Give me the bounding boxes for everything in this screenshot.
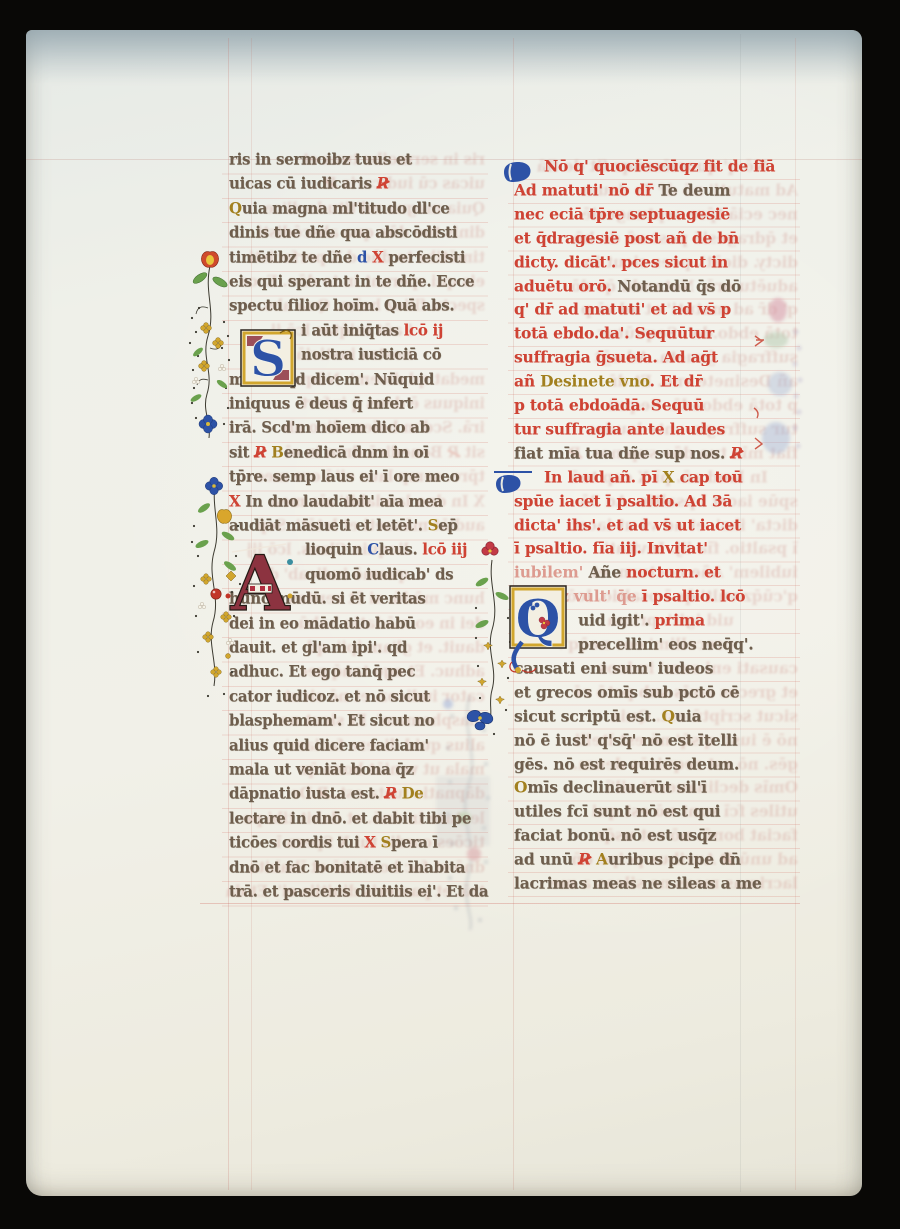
text-segment: Te deum <box>658 180 730 200</box>
text-line: faciat bonū. nō est usq̄z <box>514 827 716 843</box>
text-line: i aūt iniq̄tas lcō ij <box>301 323 443 339</box>
text-segment: uid igit'. <box>578 610 655 630</box>
text-segment: fiat mīa tua dñe sup nos. <box>514 443 730 463</box>
text-segment: iubilem' <box>514 562 588 582</box>
text-segment: suffragia ḡsueta. Ad aḡt <box>514 347 718 367</box>
text-segment: Q <box>229 199 242 218</box>
initial-letter-S: S <box>250 329 286 388</box>
text-line: suffragia ḡsueta. Ad aḡt <box>514 349 718 365</box>
text-segment: R <box>254 443 266 462</box>
text-segment: ticōes cordis tui <box>229 833 364 852</box>
text-line: ticōes cordis tui X Spera ī <box>229 835 438 851</box>
text-segment: trā. et pasceris diuitiis ei'. Et da <box>229 882 488 901</box>
text-line: añ Desinete vno. Et dr̄ <box>514 373 702 389</box>
text-segment: nec eciā tp̄re septuagesiē <box>514 204 730 224</box>
text-segment: p totā ebdoādā. Sequū <box>514 395 704 415</box>
text-segment: R <box>578 849 591 869</box>
text-line: audiāt māsueti et letēt'. Sep̄ <box>229 518 458 534</box>
text-line: spectu filioz hoīm. Quā abs. <box>229 298 454 314</box>
text-segment: ris in sermoibz tuus et <box>229 150 412 169</box>
text-segment: nostra iusticiā cō <box>301 345 441 364</box>
text-line: timētibz te dñe d X perfecisti <box>229 250 465 266</box>
text-line: Omīs declinauerūt sil'ī <box>514 779 707 795</box>
text-segment: tur suffragia ante laudes <box>514 419 725 439</box>
text-segment: lioquin <box>305 540 367 559</box>
text-column-left: ris in sermoibz tuus etuicas cū iudicari… <box>229 152 485 912</box>
text-segment: De <box>402 784 424 803</box>
text-segment: precellim' eos neq̄q'. <box>578 634 753 654</box>
text-segment: añ <box>514 371 540 391</box>
text-segment: X <box>367 248 388 267</box>
text-segment: gēs. nō est requirēs deum. <box>514 753 739 773</box>
text-segment: uribus pcipe dn̄ <box>608 849 741 869</box>
text-line: nō ē iust' q'sq̄' nō est ītelli <box>514 732 737 748</box>
text-segment: lectare in dnō. et dabit tibi pe <box>229 809 471 828</box>
text-segment: enedicā dnm in oī <box>284 443 429 462</box>
text-line: sicut scriptū est. Quia <box>514 708 701 724</box>
paraph-mark-blue-2 <box>492 468 534 496</box>
text-segment: cator iudicoz. et nō sicut <box>229 687 430 706</box>
paraph-mark-blue-1 <box>502 160 532 184</box>
text-line: alius quid dicere faciam' <box>229 738 429 754</box>
text-segment: Desinete vno <box>540 371 649 391</box>
text-segment: mala ut veniāt bona q̄z <box>229 760 414 779</box>
text-segment: alius quid dicere faciam' <box>229 736 429 755</box>
text-segment: dicta' ihs'. et ad vs̄ ut iacet <box>514 514 741 534</box>
illuminated-initial-S: S <box>236 327 298 389</box>
text-line: fiat mīa tua dñe sup nos. R <box>514 445 743 461</box>
text-segment: X <box>663 467 680 487</box>
text-line: et q̄dragesiē post añ de bn̄ <box>514 230 739 246</box>
text-line: iniquus ē deus q̄ infert <box>229 396 413 412</box>
text-line: dinis tue dñe qua abscōdisti <box>229 225 457 241</box>
text-line: dāpnatio iusta est. R De <box>229 786 424 802</box>
text-line: irā. Scd'm hoīem dico ab <box>229 420 430 436</box>
text-segment: Ad matuti' nō dr̄ <box>514 180 658 200</box>
text-segment: audiāt māsueti et letēt'. <box>229 516 428 535</box>
text-segment: ep̄ <box>438 516 457 535</box>
text-segment: laus. <box>379 540 422 559</box>
text-segment: perfecisti <box>388 248 465 267</box>
text-segment: S <box>428 516 439 535</box>
text-line: lioquin Claus. lcō iij <box>305 542 467 558</box>
text-segment: R <box>377 174 389 193</box>
initial-letter-A: A <box>230 539 291 628</box>
text-line: dicta' ihs'. et ad vs̄ ut iacet <box>514 517 741 533</box>
text-segment: utiles fcī sunt nō est qui <box>514 801 720 821</box>
text-segment: In laud añ. pī <box>544 467 663 487</box>
text-segment: dauit. et gl'am ipi'. qd <box>229 638 407 657</box>
text-segment: nō ē iust' q'sq̄' nō est ītelli <box>514 730 737 750</box>
text-line: utiles fcī sunt nō est qui <box>514 803 720 819</box>
illuminated-initial-A: A <box>220 536 298 628</box>
text-line: nostra iusticiā cō <box>301 347 441 363</box>
text-segment: A <box>596 849 608 869</box>
text-line: cator iudicoz. et nō sicut <box>229 689 430 705</box>
text-segment: uia magna ml'titudo dl'ce <box>242 199 450 218</box>
text-line: eis qui sperant in te dñe. Ecce <box>229 274 474 290</box>
text-line: totā ebdo.da'. Sequūtur <box>514 325 714 341</box>
text-segment: Nō q' quociēscūqz fit de fiā <box>544 156 775 176</box>
text-line: Quia magna ml'titudo dl'ce <box>229 201 450 217</box>
text-line: blasphemam'. Et sicut no <box>229 713 434 729</box>
text-segment: i aūt iniq̄tas <box>301 321 404 340</box>
text-line: dauit. et gl'am ipi'. qd <box>229 640 407 656</box>
text-line: lectare in dnō. et dabit tibi pe <box>229 811 471 827</box>
text-segment: et q̄dragesiē post añ de bn̄ <box>514 228 739 248</box>
text-segment: mīs declinauerūt sil'ī <box>527 777 707 797</box>
text-segment: blasphemam'. Et sicut no <box>229 711 434 730</box>
text-segment: prima <box>655 610 705 630</box>
text-line: quomō iudicab' ds <box>305 567 453 583</box>
leaf-top-shadow <box>26 30 862 84</box>
text-segment: ī psaltio. fīa iij. Invitat' <box>514 538 708 558</box>
text-line: aduētu orō. Notandū q̄s dō <box>514 278 741 294</box>
text-line: uid igit'. prima <box>578 612 705 628</box>
text-segment: dicty. dicāt'. pces sicut in <box>514 252 728 272</box>
illuminated-initial-Q: Q <box>506 584 570 674</box>
text-line: tp̄re. semp laus ei' ī ore meo <box>229 469 459 485</box>
text-segment: lcō ij <box>404 321 443 340</box>
text-segment: spūe iacet ī psaltio. Ad 3ā <box>514 491 732 511</box>
text-line: q' dr̄ ad matuti' et ad vs̄ p <box>514 301 731 317</box>
text-segment: d <box>357 248 367 267</box>
text-line: nec eciā tp̄re septuagesiē <box>514 206 730 222</box>
text-segment: Q <box>662 706 675 726</box>
text-segment: C <box>367 540 379 559</box>
text-segment: totā ebdo.da'. Sequūtur <box>514 323 714 343</box>
text-line: dnō et fac bonitatē et īhabita <box>229 860 465 876</box>
text-segment: Añe <box>588 562 621 582</box>
text-line: ris in sermoibz tuus et <box>229 152 412 168</box>
text-segment: S <box>381 833 392 852</box>
text-line: spūe iacet ī psaltio. Ad 3ā <box>514 493 732 509</box>
text-segment: Notandū q̄s dō <box>617 275 741 295</box>
text-line: Nō q' quociēscūqz fit de fiā <box>544 158 775 174</box>
text-segment: X <box>364 833 380 852</box>
text-segment: iniquus ē deus q̄ infert <box>229 394 413 413</box>
text-segment: faciat bonū. nō est usq̄z <box>514 825 716 845</box>
text-segment: et grecos omīs sub pctō cē <box>514 682 739 702</box>
text-segment: . Et dr̄ <box>650 371 703 391</box>
text-line: In laud añ. pī X cap toū <box>544 469 743 485</box>
text-segment: sicut scriptū est. <box>514 706 662 726</box>
text-segment: cap toū <box>680 467 743 487</box>
text-line: gēs. nō est requirēs deum. <box>514 756 739 772</box>
text-line: et grecos omīs sub pctō cē <box>514 684 739 700</box>
text-line: uicas cū iudicaris R <box>229 176 389 192</box>
text-segment: ī psaltio. lcō <box>637 586 746 606</box>
text-line: dicty. dicāt'. pces sicut in <box>514 254 728 270</box>
text-segment: spectu filioz hoīm. Quā abs. <box>229 296 454 315</box>
text-segment: O <box>514 777 527 797</box>
text-segment: uia <box>675 706 702 726</box>
floral-border-left-upper <box>184 248 236 448</box>
text-segment: dāpnatio iusta est. <box>229 784 384 803</box>
text-segment: timētibz te dñe <box>229 248 357 267</box>
text-segment: dnō et fac bonitatē et īhabita <box>229 858 465 877</box>
text-segment: R <box>730 443 743 463</box>
text-segment: R <box>384 784 396 803</box>
photo-background: ris in sermoibz tuus etuicas cū iudicari… <box>0 0 900 1229</box>
text-segment: quomō iudicab' ds <box>305 565 453 584</box>
text-line: tur suffragia ante laudes <box>514 421 725 437</box>
text-segment: adhuc. Et ego tanq̄ pec <box>229 662 415 681</box>
text-segment: nocturn. et <box>621 562 721 582</box>
text-line: lacrimas meas ne sileas a me <box>514 875 762 891</box>
text-segment: q' dr̄ ad matuti' et ad vs̄ p <box>514 299 731 319</box>
text-line: Ad matuti' nō dr̄ Te deum <box>514 182 730 198</box>
text-segment: uicas cū iudicaris <box>229 174 377 193</box>
text-segment: ad unū <box>514 849 578 869</box>
text-column-right: Nō q' quociēscūqz fit de fiāAd matuti' n… <box>514 158 798 904</box>
text-segment: lacrimas meas ne sileas a me <box>514 873 762 893</box>
initial-letter-Q: Q <box>515 589 560 650</box>
text-line: adhuc. Et ego tanq̄ pec <box>229 664 415 680</box>
text-line: mala ut veniāt bona q̄z <box>229 762 414 778</box>
text-line: ad unū R Auribus pcipe dn̄ <box>514 851 741 867</box>
text-segment: pera ī <box>391 833 438 852</box>
text-segment: eis qui sperant in te dñe. Ecce <box>229 272 474 291</box>
text-line: iubilem' Añe nocturn. et <box>514 564 721 580</box>
text-line: p totā ebdoādā. Sequū <box>514 397 704 413</box>
text-segment: aduētu orō. <box>514 275 617 295</box>
text-line: trā. et pasceris diuitiis ei'. Et da <box>229 884 488 900</box>
text-line: ī psaltio. fīa iij. Invitat' <box>514 540 708 556</box>
text-segment: In dno laudabit' aīa mea <box>245 492 443 511</box>
text-line: X In dno laudabit' aīa mea <box>229 494 443 510</box>
text-segment: irā. Scd'm hoīem dico ab <box>229 418 430 437</box>
text-segment: tp̄re. semp laus ei' ī ore meo <box>229 467 459 486</box>
text-line: precellim' eos neq̄q'. <box>578 636 753 652</box>
text-line: sit R Benedicā dnm in oī <box>229 445 429 461</box>
text-segment: dinis tue dñe qua abscōdisti <box>229 223 457 242</box>
text-segment: B <box>271 443 283 462</box>
